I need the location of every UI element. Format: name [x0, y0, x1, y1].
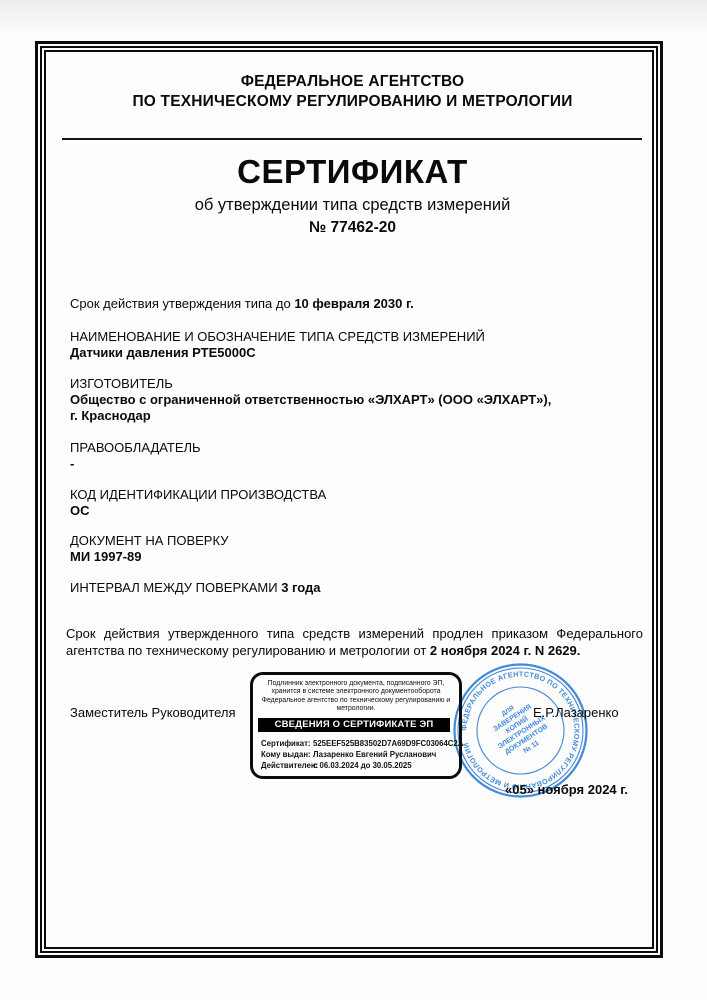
- field-type-value: Датчики давления РТЕ5000С: [70, 345, 256, 361]
- esign-valid-row: Действителен: с 06.03.2024 до 30.05.2025: [261, 761, 455, 772]
- agency-header: ФЕДЕРАЛЬНОЕ АГЕНТСТВО ПО ТЕХНИЧЕСКОМУ РЕ…: [47, 72, 658, 112]
- header-divider: [62, 138, 642, 140]
- signing-date: «05» ноября 2024 г.: [505, 782, 628, 797]
- esign-cert-row: Сертификат: 525EEF525B83502D7A69D9FC0306…: [261, 739, 455, 750]
- esign-title-bar: СВЕДЕНИЯ О СЕРТИФИКАТЕ ЭП: [258, 718, 450, 732]
- field-manufacturer-value: Общество с ограниченной ответственностью…: [70, 392, 551, 408]
- verification-interval-line: ИНТЕРВАЛ МЕЖДУ ПОВЕРКАМИ 3 года: [70, 580, 321, 596]
- agency-name-line2: ПО ТЕХНИЧЕСКОМУ РЕГУЛИРОВАНИЮ И МЕТРОЛОГ…: [47, 92, 658, 112]
- certificate-number: № 77462-20: [47, 219, 658, 237]
- field-rightholder-value: -: [70, 456, 74, 472]
- signer-position: Заместитель Руководителя: [70, 705, 236, 720]
- document-title: СЕРТИФИКАТ: [47, 153, 658, 191]
- agency-round-stamp: ФЕДЕРАЛЬНОЕ АГЕНТСТВО ПО ТЕХНИЧЕСКОМУ РЕ…: [450, 660, 591, 801]
- document-subtitle: об утверждении типа средств измерений: [47, 196, 658, 215]
- esign-info-box: Подлинник электронного документа, подпис…: [250, 672, 462, 779]
- extension-line2: агентства по техническому регулированию …: [66, 643, 643, 660]
- stamp-center-text: ДЛЯ ЗАВЕРЕНИЯ КОПИЙ ЭЛЕКТРОННЫХ ДОКУМЕНТ…: [483, 693, 556, 765]
- field-manufacturer-label: ИЗГОТОВИТЕЛЬ: [70, 376, 173, 392]
- agency-name-line1: ФЕДЕРАЛЬНОЕ АГЕНТСТВО: [47, 72, 658, 92]
- esign-issued-row: Кому выдан: Лазаренко Евгений Русланович: [261, 750, 455, 761]
- esign-issued-value: Лазаренко Евгений Русланович: [313, 750, 436, 761]
- field-idcode-value: ОС: [70, 503, 90, 519]
- validity-date: 10 февраля 2030 г.: [294, 296, 413, 311]
- field-idcode-label: КОД ИДЕНТИФИКАЦИИ ПРОИЗВОДСТВА: [70, 487, 326, 503]
- certificate-page: ФЕДЕРАЛЬНОЕ АГЕНТСТВО ПО ТЕХНИЧЕСКОМУ РЕ…: [0, 0, 707, 1000]
- verification-interval-value: 3 года: [281, 580, 320, 595]
- field-rightholder-label: ПРАВООБЛАДАТЕЛЬ: [70, 440, 201, 456]
- extension-paragraph: Срок действия утвержденного типа средств…: [66, 626, 643, 659]
- field-verification-doc-label: ДОКУМЕНТ НА ПОВЕРКУ: [70, 533, 228, 549]
- esign-preamble: Подлинник электронного документа, подпис…: [255, 680, 457, 713]
- signer-name: Е.Р.Лазаренко: [533, 705, 619, 720]
- esign-valid-value: с 06.03.2024 до 30.05.2025: [313, 761, 412, 772]
- field-type-label: НАИМЕНОВАНИЕ И ОБОЗНАЧЕНИЕ ТИПА СРЕДСТВ …: [70, 329, 485, 345]
- esign-cert-value: 525EEF525B83502D7A69D9FC03064C2A: [313, 739, 463, 750]
- extension-line1: Срок действия утвержденного типа средств…: [66, 626, 643, 643]
- esign-details: Сертификат: 525EEF525B83502D7A69D9FC0306…: [261, 739, 455, 771]
- field-verification-doc-value: МИ 1997-89: [70, 549, 142, 565]
- validity-line: Срок действия утверждения типа до 10 фев…: [70, 296, 414, 312]
- extension-order-date: 2 ноября 2024 г. N 2629.: [430, 643, 580, 658]
- field-manufacturer-city: г. Краснодар: [70, 408, 151, 424]
